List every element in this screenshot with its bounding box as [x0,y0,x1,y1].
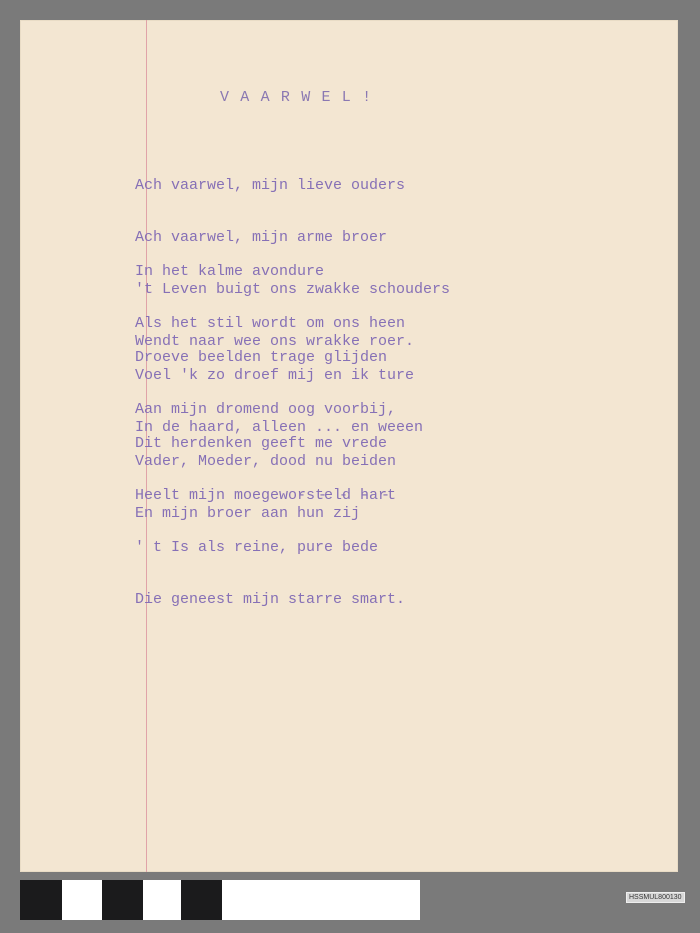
archive-id-label: HSSMUL800130 [626,892,685,903]
calibration-patch-black [102,880,143,920]
poem-line: Dit herdenken geeft me vrede [135,435,405,452]
poem-line: In het kalme avondure [135,263,423,280]
calibration-patch-black [20,880,62,920]
poem-title: VAARWEL! [220,89,382,106]
calibration-patch-white [222,880,420,920]
end-divider: - - - - - [297,487,392,504]
stanza-4: Dit herdenken geeft me vrede Heelt mijn … [135,400,405,626]
calibration-patch-white [143,880,181,920]
poem-line: Ach vaarwel, mijn lieve ouders [135,177,450,194]
color-calibration-bar [20,880,420,920]
poem-line: Droeve beelden trage glijden [135,349,396,366]
calibration-patch-black [181,880,222,920]
poem-line: ' t Is als reine, pure bede [135,539,405,556]
calibration-patch-white [62,880,102,920]
poem-line: Die geneest mijn starre smart. [135,591,405,608]
